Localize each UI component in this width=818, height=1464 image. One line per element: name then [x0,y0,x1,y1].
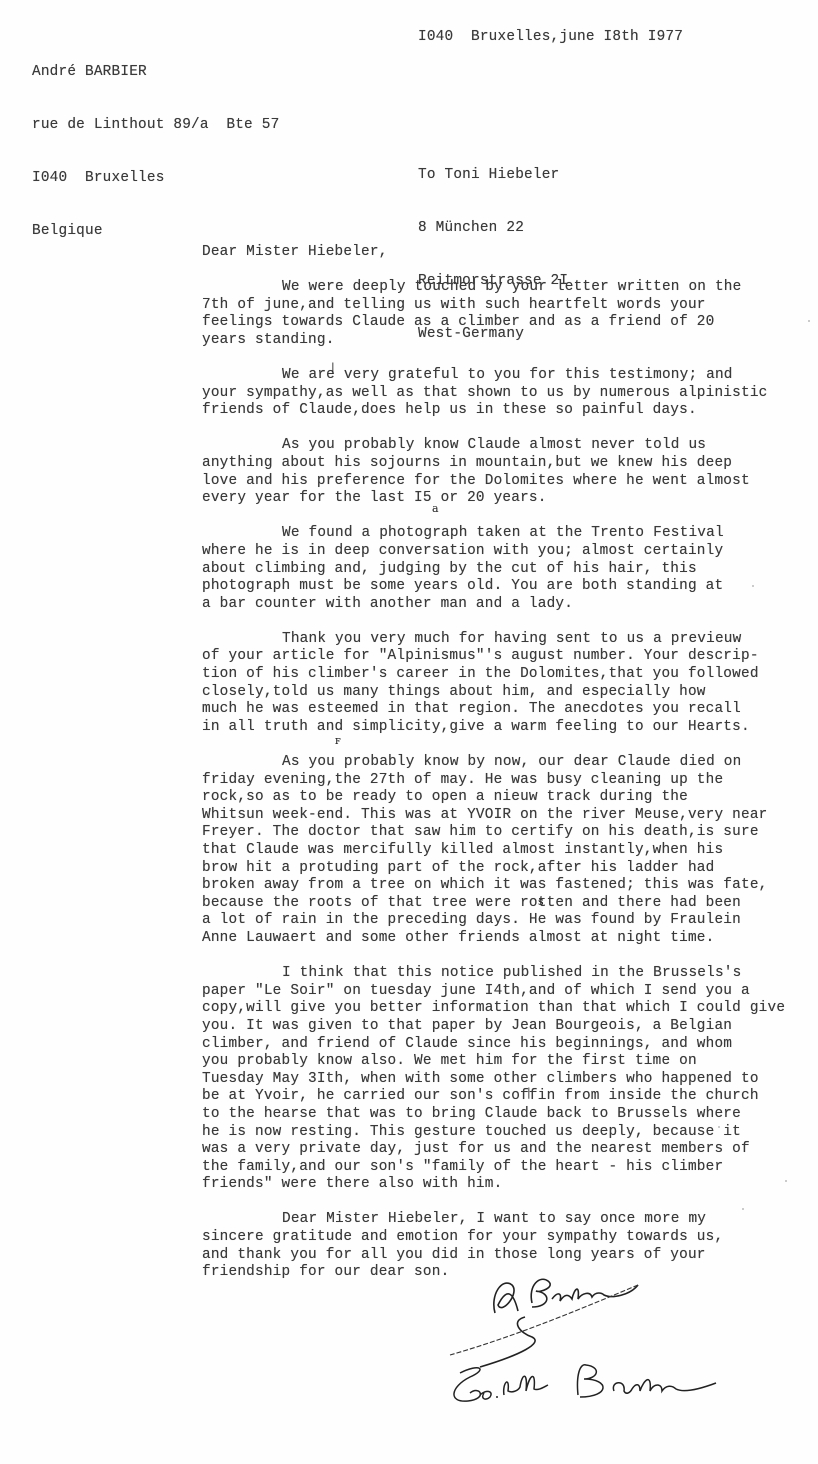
paragraph: As you probably know Claude almost never… [202,437,782,507]
paragraph-line: climber, and friend of Claude since his … [202,1036,782,1054]
sender-line: André BARBIER [32,64,279,82]
paragraph-line: anything about his sojourns in mountain,… [202,455,782,473]
paragraph-line: friends" were there also with him. [202,1176,782,1194]
paragraph: We were deeply touched by your letter wr… [202,279,782,349]
paragraph: As you probably know by now, our dear Cl… [202,754,782,948]
scan-speck [808,320,810,322]
paragraph-line: years standing. [202,332,782,350]
paragraph-line: was a very private day, just for us and … [202,1141,782,1159]
paragraph-line: closely,told us many things about him, a… [202,684,782,702]
paragraph-line: sincere gratitude and emotion for your s… [202,1229,782,1247]
paragraph-line: paper "Le Soir" on tuesday june I4th,and… [202,983,782,1001]
letter-body: We were deeply touched by your letter wr… [202,279,782,1299]
paragraph-line: of your article for "Alpinismus"'s augus… [202,648,782,666]
paragraph-line: Tuesday May 3Ith, when with some other c… [202,1071,782,1089]
paragraph-line: you. It was given to that paper by Jean … [202,1018,782,1036]
scan-speck [785,1180,787,1182]
recipient-line: To Toni Hiebeler [418,167,568,185]
paragraph-line: because the roots of that tree were rott… [202,895,782,913]
paragraph-line: We were deeply touched by your letter wr… [202,279,782,297]
paragraph-line: I think that this notice published in th… [202,965,782,983]
paragraph-line: much he was esteemed in that region. The… [202,701,782,719]
paragraph-line: about climbing and, judging by the cut o… [202,561,782,579]
paragraph-line: he is now resting. This gesture touched … [202,1124,782,1142]
sender-line: I040 Bruxelles [32,170,279,188]
sender-line: Belgique [32,223,279,241]
sender-address: André BARBIER rue de Linthout 89/a Bte 5… [32,29,279,275]
paragraph-line: to the hearse that was to bring Claude b… [202,1106,782,1124]
paragraph-line: Freyer. The doctor that saw him to certi… [202,824,782,842]
paragraph-line: every year for the last I5 or 20 years. [202,490,782,508]
paragraph-line: Thank you very much for having sent to u… [202,631,782,649]
handwritten-correction-mark: a [432,502,439,515]
scan-speck [718,1126,720,1128]
paragraph-line: feelings towards Claude as a climber and… [202,314,782,332]
scan-speck [742,1208,744,1210]
signature-drawing: A Barbier [440,1255,780,1435]
paragraph-line: 7th of june,and telling us with such hea… [202,297,782,315]
paragraph-line: a bar counter with another man and a lad… [202,596,782,614]
paragraph: We are very grateful to you for this tes… [202,367,782,420]
paragraph-line: Dear Mister Hiebeler, I want to say once… [202,1211,782,1229]
paragraph-line: As you probably know Claude almost never… [202,437,782,455]
signatures: A Barbier [440,1255,780,1435]
paragraph-line: love and his preference for the Dolomite… [202,473,782,491]
paragraph-line: Anne Lauwaert and some other friends alm… [202,930,782,948]
date-line: I040 Bruxelles,june I8th I977 [418,29,683,47]
paragraph-line: brow hit a protuding part of the rock,af… [202,860,782,878]
salutation: Dear Mister Hiebeler, [202,244,388,262]
paragraph-line: photograph must be some years old. You a… [202,578,782,596]
handwritten-correction-mark: | [331,361,335,374]
handwritten-correction-mark: s [538,895,544,908]
paragraph-line: that Claude was mercifully killed almost… [202,842,782,860]
paragraph: We found a photograph taken at the Trent… [202,525,782,613]
handwritten-correction-mark: ꜰ [335,734,341,747]
paragraph-line: Whitsun week-end. This was at YVOIR on t… [202,807,782,825]
sender-line: rue de Linthout 89/a Bte 57 [32,117,279,135]
paragraph: Thank you very much for having sent to u… [202,631,782,737]
paragraph-line: rock,so as to be ready to open a nieuw t… [202,789,782,807]
paragraph-line: tion of his climber's career in the Dolo… [202,666,782,684]
paragraph-line: your sympathy,as well as that shown to u… [202,385,782,403]
paragraph-line: As you probably know by now, our dear Cl… [202,754,782,772]
scan-speck [752,585,754,587]
paragraph-line: broken away from a tree on which it was … [202,877,782,895]
paragraph: I think that this notice published in th… [202,965,782,1194]
letter-page: André BARBIER rue de Linthout 89/a Bte 5… [0,0,818,1464]
paragraph-line: We are very grateful to you for this tes… [202,367,782,385]
paragraph-line: where he is in deep conversation with yo… [202,543,782,561]
recipient-line: 8 München 22 [418,220,568,238]
paragraph-line: you probably know also. We met him for t… [202,1053,782,1071]
paragraph-line: friends of Claude,does help us in these … [202,402,782,420]
paragraph-line: friday evening,the 27th of may. He was b… [202,772,782,790]
paragraph-line: be at Yvoir, he carried our son's coffin… [202,1088,782,1106]
paragraph-line: in all truth and simplicity,give a warm … [202,719,782,737]
handwritten-correction-mark: | [527,1086,531,1099]
paragraph-line: the family,and our son's "family of the … [202,1159,782,1177]
paragraph-line: We found a photograph taken at the Trent… [202,525,782,543]
paragraph-line: copy,will give you better information th… [202,1000,782,1018]
paragraph-line: a lot of rain in the preceding days. He … [202,912,782,930]
